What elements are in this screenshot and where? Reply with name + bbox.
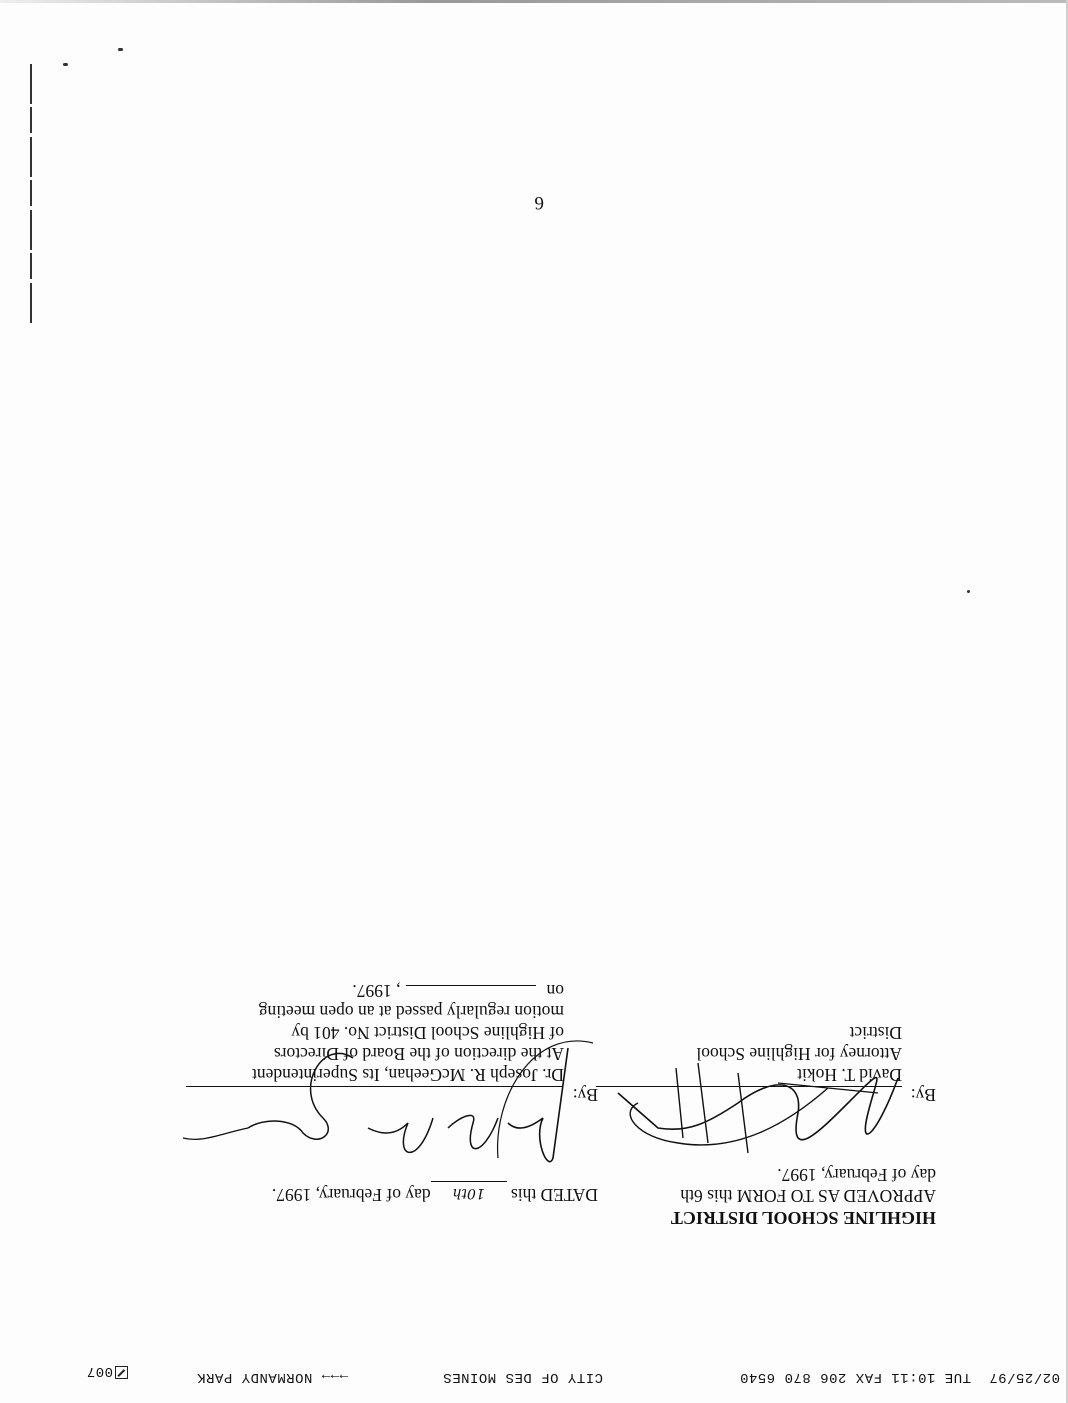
fax-recipient: →→→ NORMANDY PARK [197,1369,348,1385]
fax-sender: CITY OF DES MOINES [443,1369,603,1385]
signer-name: David T. Hokit [797,1064,902,1085]
highline-approval-block: HIGHLINE SCHOOL DISTRICT APPROVED AS TO … [606,1164,936,1228]
scan-speck [63,63,68,66]
signer-title-cont: District [850,1022,903,1043]
handwritten-day: 10th [431,1181,507,1203]
by-label: By: [573,1084,598,1105]
meeting-on-label: on [547,981,565,1001]
meeting-year: , 1997. [352,981,400,1001]
signature-line [596,1086,902,1087]
dated-suffix: day of February, 1997. [272,1185,431,1205]
meeting-date-line: on, 1997. [352,980,564,1001]
scan-speck [118,48,123,51]
approved-date: day of February, 1997. [606,1164,936,1185]
district-title: HIGHLINE SCHOOL DISTRICT [606,1207,936,1228]
page-number: 6 [535,191,545,213]
superintendent-name: Dr. Joseph R. McGeehan, Its Superintende… [252,1064,564,1085]
scanned-document-page: 02/25/97 TUE 10:11 FAX 206 870 6540 CITY… [0,0,1068,1403]
signer-title: Attorney for Highline School [696,1043,902,1064]
approved-as-to-form: APPROVED AS TO FORM this 6th [606,1185,936,1206]
by-label: By: [911,1084,936,1105]
dated-prefix: DATED this [511,1185,598,1205]
scan-speck [967,590,970,593]
scan-edge [0,0,1068,3]
dated-line: DATED this 10thday of February, 1997. [138,1181,598,1205]
board-direction-text: At the direction of the Board of Directo… [274,1043,564,1064]
board-direction-text: motion regularly passed at an open meeti… [259,1001,564,1022]
fax-page-value: 007 [86,1363,113,1379]
scan-margin-line [30,63,32,323]
signature-line [186,1086,562,1087]
board-direction-text: of Highline School District No. 401 by [291,1022,564,1043]
fax-page-number: 007 [113,1368,128,1385]
fax-header: 02/25/97 TUE 10:11 FAX 206 870 6540 CITY… [0,1367,1068,1391]
fax-date-time: 02/25/97 TUE 10:11 FAX 206 870 6540 [740,1369,1060,1385]
meeting-date-blank [407,985,537,986]
fax-page-box-icon [115,1366,128,1379]
